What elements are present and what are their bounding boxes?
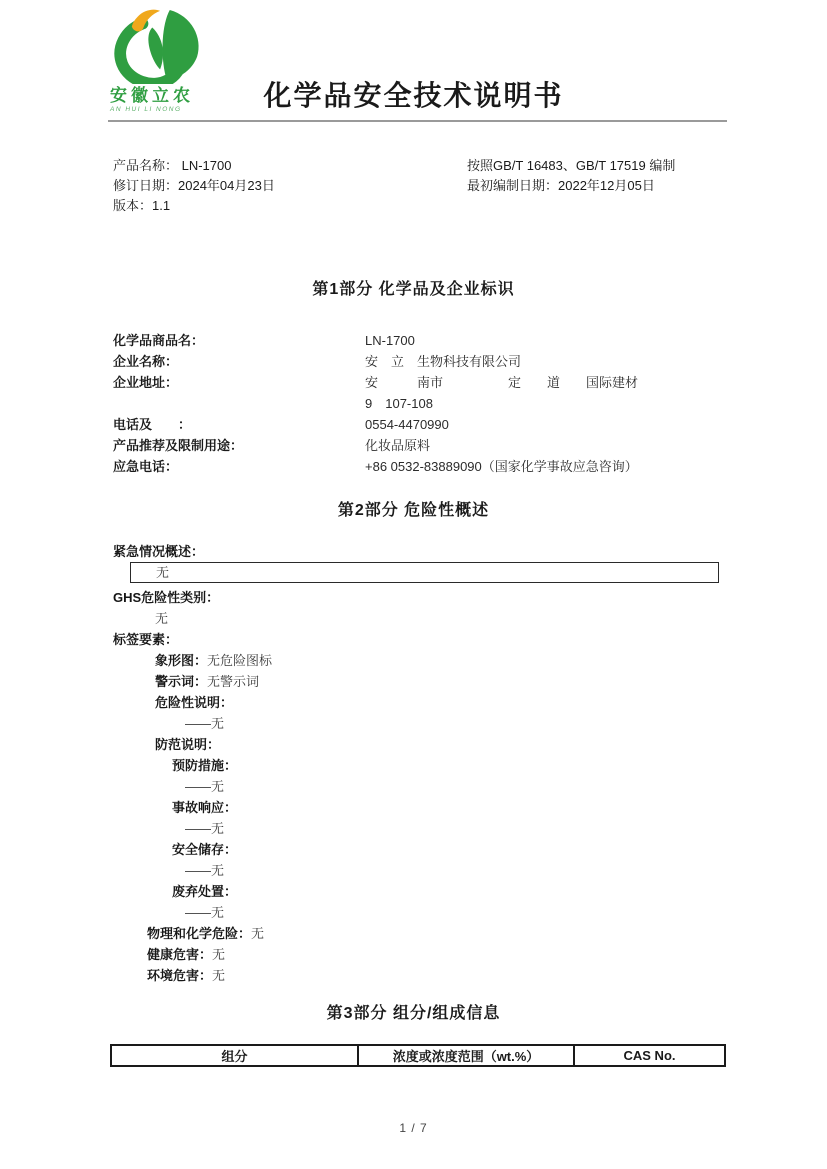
page-number: 1 / 7 bbox=[0, 1121, 827, 1135]
signal-word-line: 警示词：无警示词 bbox=[155, 671, 733, 692]
field-row: 应急电话： +86 0532-83889090（国家化学事故应急咨询） bbox=[113, 456, 733, 477]
pictogram-line: 象形图：无危险图标 bbox=[155, 650, 733, 671]
field-label: 电话及 ： bbox=[113, 414, 365, 435]
label-elements-line: 标签要素： bbox=[113, 629, 733, 650]
field-value: 化妆品原料 bbox=[365, 435, 430, 456]
storage-value: ——无 bbox=[185, 860, 733, 881]
precaution-label: 防范说明： bbox=[155, 734, 733, 755]
field-label: 企业地址： bbox=[113, 372, 365, 393]
column-header-component: 组分 bbox=[111, 1045, 358, 1066]
section1-title: 第1部分 化学品及企业标识 bbox=[0, 276, 827, 299]
column-header-cas: CAS No. bbox=[574, 1045, 725, 1066]
field-label: 企业名称： bbox=[113, 351, 365, 372]
physical-chemical-hazard-line: 物理和化学危险：无 bbox=[147, 923, 733, 944]
storage-label: 安全储存： bbox=[172, 839, 733, 860]
field-value: +86 0532-83889090（国家化学事故应急咨询） bbox=[365, 456, 638, 477]
prevention-value: ——无 bbox=[185, 776, 733, 797]
field-row: 企业地址： 安 南市 定 道 国际建材 bbox=[113, 372, 733, 393]
field-value: 安 立 生物科技有限公司 bbox=[365, 351, 521, 372]
composition-table: 组分 浓度或浓度范围（wt.%） CAS No. bbox=[110, 1044, 726, 1067]
ghs-class-line: GHS危险性类别： bbox=[113, 587, 733, 608]
section3-title: 第3部分 组分/组成信息 bbox=[0, 1000, 827, 1023]
field-value: 0554-4470990 bbox=[365, 414, 449, 435]
meta-right-column: 按照GB/T 16483、GB/T 17519 编制 最初编制日期：2022年1… bbox=[467, 156, 675, 196]
environment-hazard-line: 环境危害：无 bbox=[147, 965, 733, 986]
hazard-statement-value: ——无 bbox=[185, 713, 733, 734]
field-row: 化学品商品名： LN-1700 bbox=[113, 330, 733, 351]
section2-body: 紧急情况概述： 无 GHS危险性类别： 无 标签要素： 象形图：无危险图标 警示… bbox=[113, 541, 733, 986]
hazard-statement-label: 危险性说明： bbox=[155, 692, 733, 713]
header-divider bbox=[108, 120, 727, 122]
field-label: 化学品商品名： bbox=[113, 330, 365, 351]
field-label bbox=[113, 393, 365, 414]
ghs-class-value: 无 bbox=[155, 608, 733, 629]
emergency-overview-box: 无 bbox=[130, 562, 719, 583]
health-hazard-line: 健康危害：无 bbox=[147, 944, 733, 965]
response-value: ——无 bbox=[185, 818, 733, 839]
field-label: 产品推荐及限制用途： bbox=[113, 435, 365, 456]
disposal-label: 废弃处置： bbox=[172, 881, 733, 902]
sds-document-page: 安徽立农 AN HUI LI NONG 化学品安全技术说明书 产品名称： LN-… bbox=[0, 0, 827, 1169]
field-row: 企业名称： 安 立 生物科技有限公司 bbox=[113, 351, 733, 372]
column-header-concentration: 浓度或浓度范围（wt.%） bbox=[358, 1045, 574, 1066]
field-row: 9 107-108 bbox=[113, 393, 733, 414]
revision-date-line: 修订日期：2024年04月23日 bbox=[113, 176, 275, 196]
leaf-logo-icon bbox=[110, 8, 214, 84]
field-row: 产品推荐及限制用途： 化妆品原料 bbox=[113, 435, 733, 456]
response-label: 事故响应： bbox=[172, 797, 733, 818]
prevention-label: 预防措施： bbox=[172, 755, 733, 776]
composition-table-header-row: 组分 浓度或浓度范围（wt.%） CAS No. bbox=[111, 1045, 725, 1066]
meta-left-column: 产品名称： LN-1700 修订日期：2024年04月23日 版本：1.1 bbox=[113, 156, 275, 216]
disposal-value: ——无 bbox=[185, 902, 733, 923]
product-name-line: 产品名称： LN-1700 bbox=[113, 156, 275, 176]
field-label: 应急电话： bbox=[113, 456, 365, 477]
version-line: 版本：1.1 bbox=[113, 196, 275, 216]
section1-fields: 化学品商品名： LN-1700 企业名称： 安 立 生物科技有限公司 企业地址：… bbox=[113, 330, 733, 477]
field-row: 电话及 ： 0554-4470990 bbox=[113, 414, 733, 435]
field-value: 安 南市 定 道 国际建材 bbox=[365, 372, 638, 393]
section2-title: 第2部分 危险性概述 bbox=[0, 497, 827, 520]
first-issue-date-line: 最初编制日期：2022年12月05日 bbox=[467, 176, 675, 196]
doc-title: 化学品安全技术说明书 bbox=[0, 74, 827, 114]
emergency-overview-label: 紧急情况概述： bbox=[113, 541, 733, 562]
standard-line: 按照GB/T 16483、GB/T 17519 编制 bbox=[467, 156, 675, 176]
field-value: 9 107-108 bbox=[365, 393, 433, 414]
field-value: LN-1700 bbox=[365, 330, 415, 351]
